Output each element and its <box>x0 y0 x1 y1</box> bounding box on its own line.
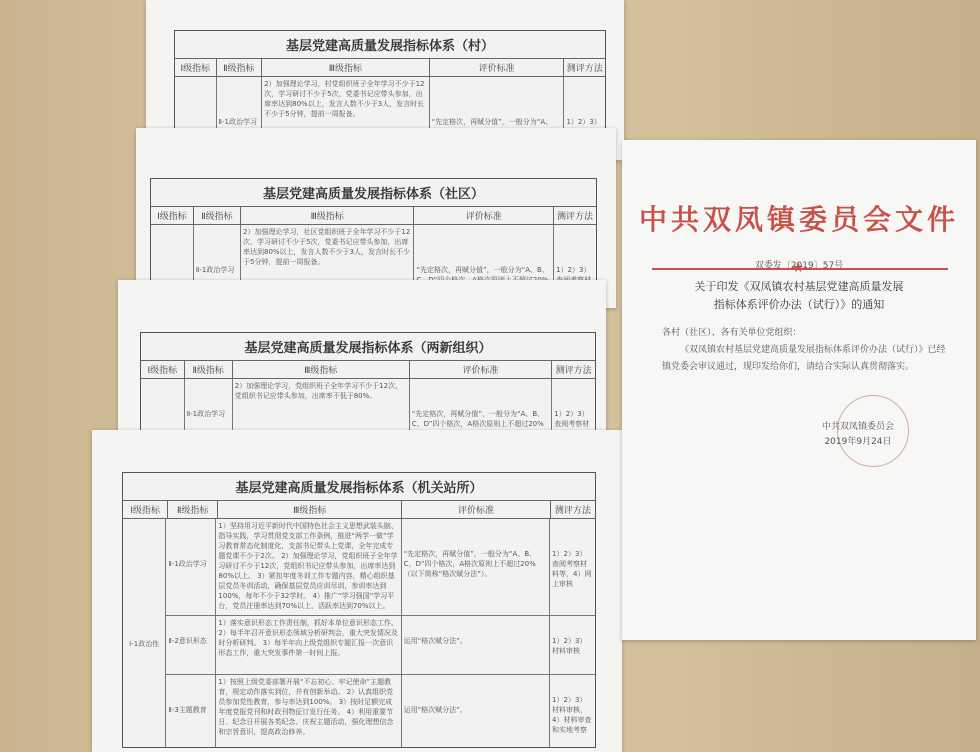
salutation: 各村（社区）、各有关单位党组织： <box>662 325 952 342</box>
table-agencies: 基层党建高质量发展指标体系（机关站所） Ⅰ级指标 Ⅱ级指标 Ⅲ级指标 评价标准 … <box>122 472 596 748</box>
col-header: Ⅱ级指标 <box>185 361 233 378</box>
table-row: Ⅱ-1政治学习 1）坚持用习近平新时代中国特色社会主义思想武装头脑、指导实践，学… <box>166 519 595 616</box>
col-header: 评价标准 <box>414 207 554 224</box>
notice-document: 中共双凤镇委员会文件 双委发〔2019〕57号 ★ 关于印发《双凤镇农村基层党建… <box>622 140 976 640</box>
sheet-agencies: 基层党建高质量发展指标体系（机关站所） Ⅰ级指标 Ⅱ级指标 Ⅲ级指标 评价标准 … <box>92 430 622 752</box>
table-title: 基层党建高质量发展指标体系（两新组织） <box>141 333 595 361</box>
signer: 中共双凤镇委员会 <box>822 420 894 435</box>
subject-line: 关于印发《双凤镇农村基层党建高质量发展 <box>622 278 976 296</box>
table-title: 基层党建高质量发展指标体系（村） <box>175 31 605 59</box>
col-header: Ⅲ级指标 <box>262 59 429 76</box>
subject-line: 指标体系评价办法（试行）》的通知 <box>622 296 976 314</box>
col-header: 测评方法 <box>552 361 595 378</box>
body-text: 《双凤镇农村基层党建高质量发展指标体系评价办法（试行）》已经镇党委会审议通过，现… <box>662 342 952 376</box>
col-header: Ⅱ级指标 <box>168 501 218 518</box>
date: 2019年9月24日 <box>822 435 894 450</box>
notice-body: 各村（社区）、各有关单位党组织： 《双凤镇农村基层党建高质量发展指标体系评价办法… <box>662 325 952 376</box>
table-new-orgs: 基层党建高质量发展指标体系（两新组织） Ⅰ级指标 Ⅱ级指标 Ⅲ级指标 评价标准 … <box>140 332 596 435</box>
notice-header: 中共双凤镇委员会文件 <box>622 198 976 238</box>
lvl1-cell: Ⅰ-1政治性 <box>123 519 166 747</box>
col-header: 测评方法 <box>551 501 595 518</box>
col-header: 测评方法 <box>564 59 605 76</box>
col-header: 评价标准 <box>430 59 565 76</box>
col-header: Ⅰ级指标 <box>123 501 168 518</box>
col-header: Ⅲ级指标 <box>241 207 414 224</box>
table-row: Ⅱ-1政治学习 2）加强理论学习，党组织班子全年学习不少于12次，党组织书记应带… <box>141 379 595 434</box>
col-header: 评价标准 <box>410 361 553 378</box>
col-header: Ⅰ级指标 <box>141 361 185 378</box>
sheet-new-orgs: 基层党建高质量发展指标体系（两新组织） Ⅰ级指标 Ⅱ级指标 Ⅲ级指标 评价标准 … <box>118 280 606 440</box>
signature: 中共双凤镇委员会 2019年9月24日 <box>822 420 894 450</box>
col-header: 评价标准 <box>402 501 550 518</box>
notice-subject: 关于印发《双凤镇农村基层党建高质量发展 指标体系评价办法（试行）》的通知 <box>622 278 976 314</box>
col-header: Ⅲ级指标 <box>233 361 410 378</box>
table-title: 基层党建高质量发展指标体系（社区） <box>151 179 596 207</box>
col-header: Ⅰ级指标 <box>151 207 194 224</box>
table-row: Ⅱ-2意识形态 1）落实意识形态工作责任制，抓好本单位意识形态工作。 2）每半年… <box>166 616 595 675</box>
col-header: Ⅱ级指标 <box>217 59 263 76</box>
col-header: Ⅰ级指标 <box>175 59 217 76</box>
col-header: Ⅱ级指标 <box>194 207 241 224</box>
table-title: 基层党建高质量发展指标体系（机关站所） <box>123 473 595 501</box>
star-icon: ★ <box>792 260 805 276</box>
col-header: Ⅲ级指标 <box>218 501 402 518</box>
table-row: Ⅱ-3主题教育 1）按照上级党委部署开展“不忘初心、牢记使命”主题教育，规定动作… <box>166 675 595 747</box>
col-header: 测评方法 <box>554 207 596 224</box>
